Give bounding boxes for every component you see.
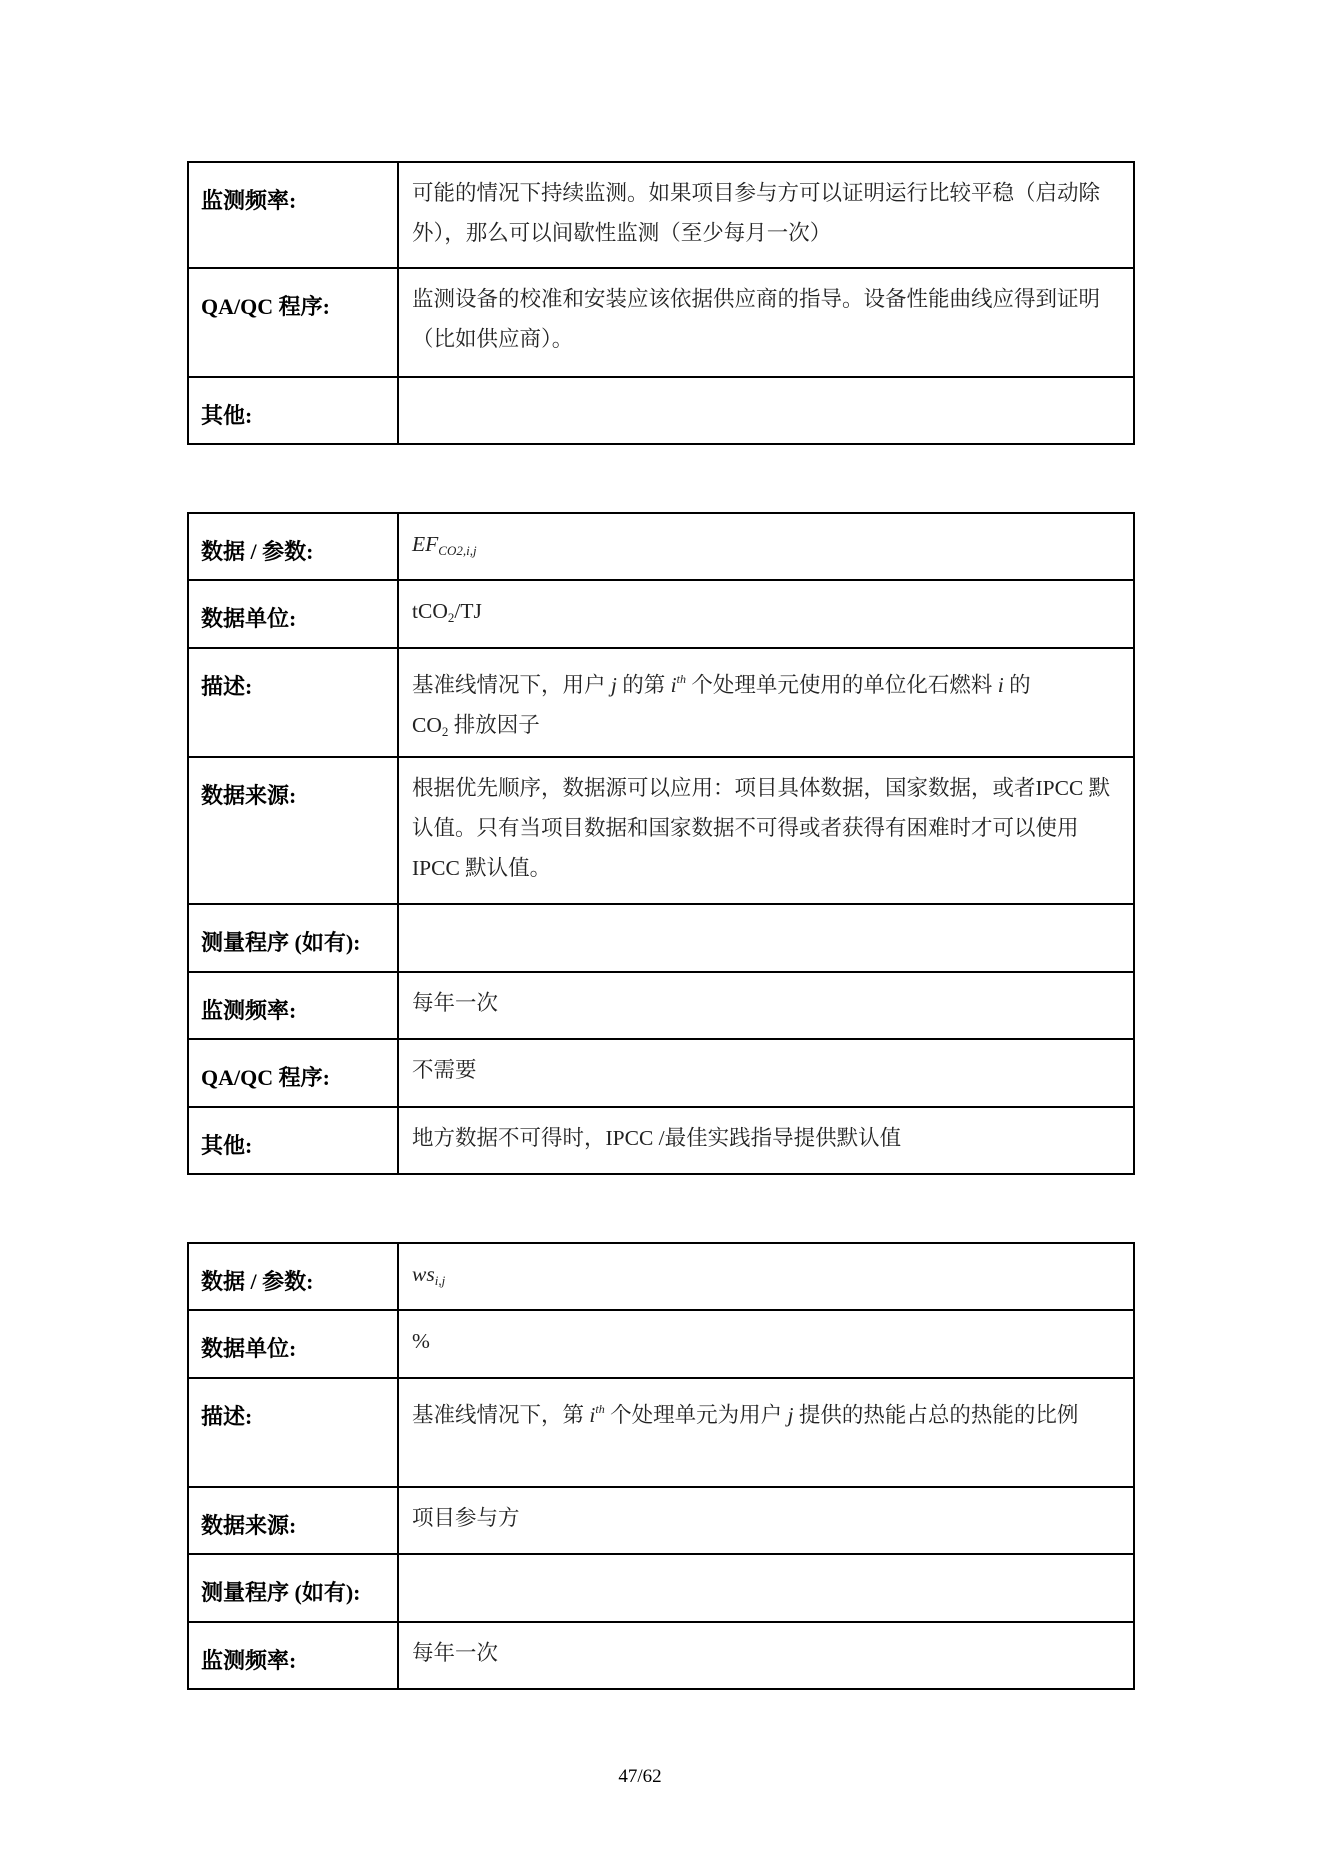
row-value xyxy=(398,1554,1134,1622)
row-label: 描述: xyxy=(188,1378,398,1487)
row-label: 其他: xyxy=(188,1107,398,1174)
table-row: 数据来源: 根据优先顺序，数据源可以应用：项目具体数据，国家数据，或者IPCC … xyxy=(188,757,1134,904)
row-label: 监测频率: xyxy=(188,162,398,268)
parameter-table-ws: 数据 / 参数: wsi,j 数据单位: % 描述: 基准线情况下，第 ith … xyxy=(187,1242,1135,1690)
monitoring-table-continued: 监测频率: 可能的情况下持续监测。如果项目参与方可以证明运行比较平稳（启动除外）… xyxy=(187,161,1135,445)
description-value: 基准线情况下，用户 j 的第 ith 个处理单元使用的单位化石燃料 i 的CO2… xyxy=(398,648,1134,757)
row-value: 每年一次 xyxy=(398,1622,1134,1689)
table-row: 描述: 基准线情况下，第 ith 个处理单元为用户 j 提供的热能占总的热能的比… xyxy=(188,1378,1134,1487)
row-label: QA/QC 程序: xyxy=(188,1039,398,1107)
table-row: 测量程序 (如有): xyxy=(188,1554,1134,1622)
page-number: 47/62 xyxy=(0,1766,1280,1788)
row-label: 描述: xyxy=(188,648,398,757)
row-label: 其他: xyxy=(188,377,398,444)
row-label: 数据 / 参数: xyxy=(188,513,398,580)
table-row: 监测频率: 每年一次 xyxy=(188,1622,1134,1689)
superscript: th xyxy=(677,672,686,686)
row-label: 监测频率: xyxy=(188,972,398,1039)
unit-value: tCO2/TJ xyxy=(398,580,1134,648)
table-row: QA/QC 程序: 不需要 xyxy=(188,1039,1134,1107)
row-value: 项目参与方 xyxy=(398,1487,1134,1554)
table-row: 测量程序 (如有): xyxy=(188,904,1134,972)
row-label: 数据来源: xyxy=(188,1487,398,1554)
table-row: 其他: 地方数据不可得时，IPCC /最佳实践指导提供默认值 xyxy=(188,1107,1134,1174)
table-row: 监测频率: 可能的情况下持续监测。如果项目参与方可以证明运行比较平稳（启动除外）… xyxy=(188,162,1134,268)
row-value: 根据优先顺序，数据源可以应用：项目具体数据，国家数据，或者IPCC 默认值。只有… xyxy=(398,757,1134,904)
unit-pre: tCO xyxy=(412,599,448,623)
row-label: 数据来源: xyxy=(188,757,398,904)
symbol-subscript: CO2,i,j xyxy=(438,543,476,558)
row-value: 不需要 xyxy=(398,1039,1134,1107)
unit-post: /TJ xyxy=(454,599,481,623)
row-label: 监测频率: xyxy=(188,1622,398,1689)
parameter-symbol: wsi,j xyxy=(398,1243,1134,1310)
table-row: 数据单位: tCO2/TJ xyxy=(188,580,1134,648)
symbol-main: ws xyxy=(412,1262,435,1286)
text: CO xyxy=(412,713,442,737)
row-value: 可能的情况下持续监测。如果项目参与方可以证明运行比较平稳（启动除外），那么可以间… xyxy=(398,162,1134,268)
table-row: 监测频率: 每年一次 xyxy=(188,972,1134,1039)
table-row: QA/QC 程序: 监测设备的校准和安装应该依据供应商的指导。设备性能曲线应得到… xyxy=(188,268,1134,377)
row-value xyxy=(398,377,1134,444)
text: 个处理单元为用户 xyxy=(605,1403,788,1427)
text: 基准线情况下，用户 xyxy=(412,673,611,697)
parameter-symbol: EFCO2,i,j xyxy=(398,513,1134,580)
text: 个处理单元使用的单位化石燃料 xyxy=(686,673,998,697)
text: 提供的热能占总的热能的比例 xyxy=(793,1403,1078,1427)
description-value: 基准线情况下，第 ith 个处理单元为用户 j 提供的热能占总的热能的比例 xyxy=(398,1378,1134,1487)
row-value: 监测设备的校准和安装应该依据供应商的指导。设备性能曲线应得到证明（比如供应商）。 xyxy=(398,268,1134,377)
row-value: 地方数据不可得时，IPCC /最佳实践指导提供默认值 xyxy=(398,1107,1134,1174)
text: 的第 xyxy=(617,673,671,697)
table-row: 数据 / 参数: EFCO2,i,j xyxy=(188,513,1134,580)
row-value: 每年一次 xyxy=(398,972,1134,1039)
table-row: 数据 / 参数: wsi,j xyxy=(188,1243,1134,1310)
row-label: QA/QC 程序: xyxy=(188,268,398,377)
text: 基准线情况下，第 xyxy=(412,1403,589,1427)
row-label: 数据单位: xyxy=(188,580,398,648)
row-label: 测量程序 (如有): xyxy=(188,1554,398,1622)
table-row: 数据来源: 项目参与方 xyxy=(188,1487,1134,1554)
table-row: 其他: xyxy=(188,377,1134,444)
row-value xyxy=(398,904,1134,972)
text: 的 xyxy=(1004,673,1031,697)
row-label: 数据 / 参数: xyxy=(188,1243,398,1310)
row-label: 数据单位: xyxy=(188,1310,398,1378)
text: 排放因子 xyxy=(448,713,539,737)
row-value: % xyxy=(398,1310,1134,1378)
symbol-subscript: i,j xyxy=(435,1273,445,1288)
row-label: 测量程序 (如有): xyxy=(188,904,398,972)
superscript: th xyxy=(595,1402,604,1416)
table-row: 描述: 基准线情况下，用户 j 的第 ith 个处理单元使用的单位化石燃料 i … xyxy=(188,648,1134,757)
table-row: 数据单位: % xyxy=(188,1310,1134,1378)
symbol-main: EF xyxy=(412,532,438,556)
parameter-table-ef-co2: 数据 / 参数: EFCO2,i,j 数据单位: tCO2/TJ 描述: 基准线… xyxy=(187,512,1135,1175)
